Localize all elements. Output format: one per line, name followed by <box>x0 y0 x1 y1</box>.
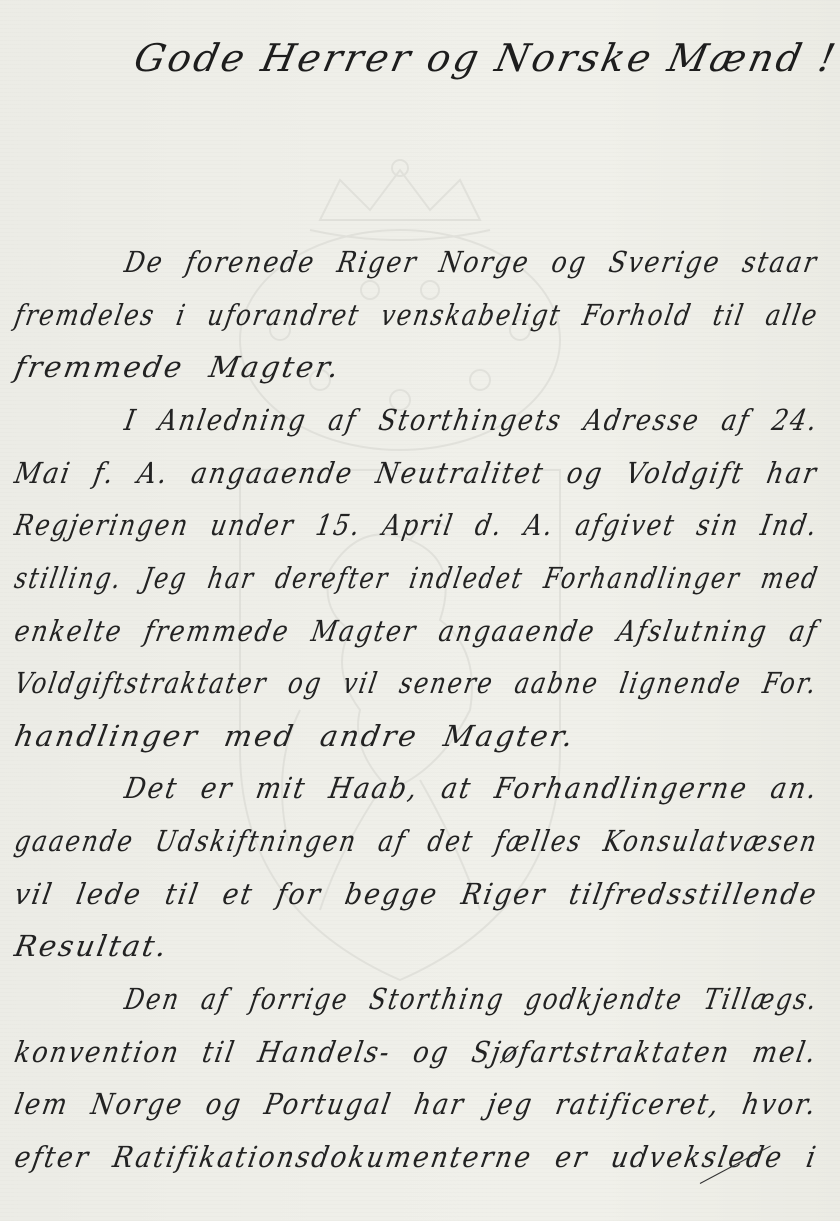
text-line-5: Mai f. A. angaaende Neutralitet og Voldg… <box>12 456 821 490</box>
text-line-3: fremmede Magter. <box>12 350 344 384</box>
text-line-18: efter Ratifikationsdokumenterne er udvek… <box>12 1140 820 1174</box>
text-line-13: vil lede til et for begge Riger tilfreds… <box>12 877 821 911</box>
text-line-6: Regjeringen under 15. April d. A. afgive… <box>12 508 821 542</box>
text-line-9: Voldgiftstraktater og vil senere aabne l… <box>12 666 821 700</box>
text-line-15: Den af forrige Storthing godkjendte Till… <box>122 982 821 1016</box>
text-line-1: De forenede Riger Norge og Sverige staar <box>122 245 821 279</box>
text-line-10: handlinger med andre Magter. <box>12 719 578 753</box>
text-line-4: I Anledning af Storthingets Adresse af 2… <box>122 403 821 437</box>
text-line-16: konvention til Handels- og Sjøfartstrakt… <box>12 1035 820 1069</box>
letter-page: Gode Herrer og Norske Mænd ! De forenede… <box>0 0 840 1221</box>
text-line-12: gaaende Udskiftningen af det fælles Kons… <box>12 824 821 858</box>
text-line-14: Resultat. <box>12 929 171 963</box>
text-line-17: lem Norge og Portugal har jeg ratificere… <box>12 1087 820 1121</box>
text-line-11: Det er mit Haab, at Forhandlingerne an. <box>122 771 821 805</box>
letter-body: Gode Herrer og Norske Mænd ! De forenede… <box>0 0 840 1221</box>
text-line-7: stilling. Jeg har derefter indledet Forh… <box>12 561 822 595</box>
text-line-8: enkelte fremmede Magter angaaende Afslut… <box>12 614 821 648</box>
salutation-heading: Gode Herrer og Norske Mænd ! <box>130 36 840 80</box>
text-line-2: fremdeles i uforandret venskabeligt Forh… <box>12 298 822 332</box>
